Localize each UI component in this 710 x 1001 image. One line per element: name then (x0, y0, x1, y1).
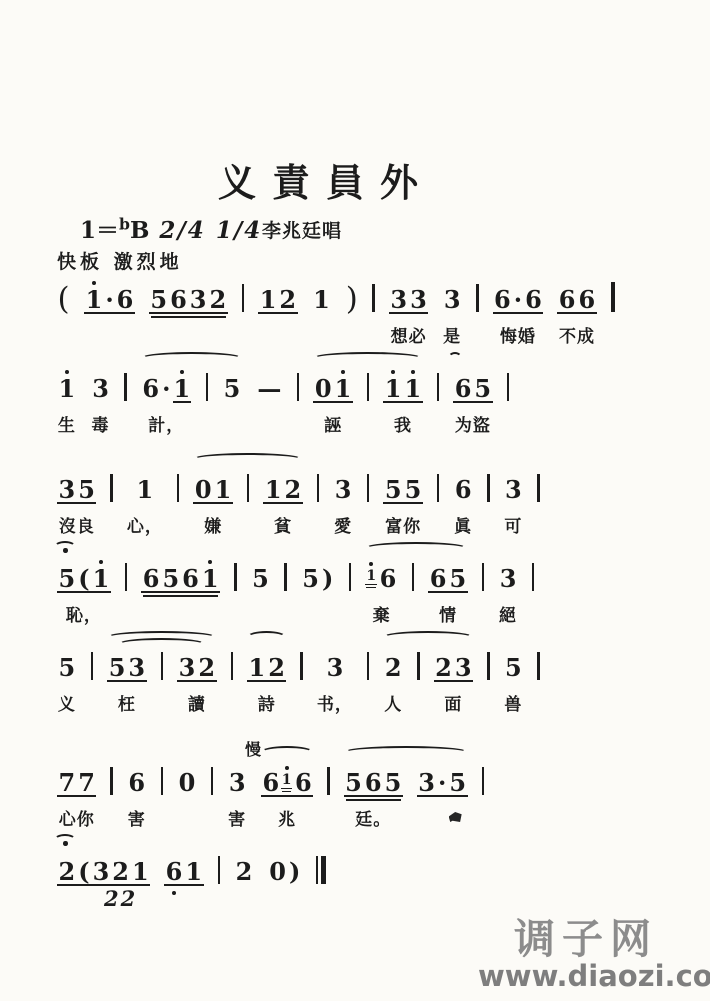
barline (367, 466, 370, 536)
note-digit: 1 (383, 377, 403, 401)
note-digit: 3 (227, 771, 247, 795)
barline (124, 365, 127, 435)
lyric-text: 不成 (559, 322, 595, 347)
note-token: 66不成 (557, 276, 596, 347)
note-digit: 1 (84, 288, 104, 312)
note-token: 5632 (149, 276, 228, 346)
note-digit: 6 (453, 377, 473, 401)
lyric-text: 害 (228, 805, 246, 830)
note-digit: 6 (293, 771, 313, 795)
lyric-text: 枉 (118, 690, 136, 715)
slur-arc (448, 352, 462, 364)
note-digit: 2 (267, 656, 287, 680)
note-digit: 3 (127, 656, 147, 680)
note-token: 5 (251, 555, 271, 625)
note-token: 16棄 (365, 555, 397, 626)
note-digit: 6 (169, 288, 189, 312)
note-digit: 0 (268, 860, 288, 884)
barline (247, 466, 250, 536)
final-barline (316, 848, 327, 918)
note-digit: · (436, 771, 447, 795)
note-digit: 6 (378, 567, 398, 591)
note-token: 6害 (127, 759, 147, 830)
note-token: 3是 (442, 276, 462, 347)
note-digit: 5 (251, 567, 271, 591)
barline (110, 466, 113, 536)
note-token: 1·6 (84, 276, 135, 346)
note-digit: 3 (91, 377, 111, 401)
note-digit: 6 (181, 567, 201, 591)
note-digit: 5 (57, 656, 77, 680)
note-token: 12 (258, 276, 297, 346)
lyric-text: 为盜 (455, 411, 491, 436)
note-digit: 3 (188, 288, 208, 312)
note-token: 0) (268, 848, 302, 918)
note-token: 1 (312, 276, 332, 346)
note-digit: 5 (473, 377, 493, 401)
note-digit: 6 (524, 288, 544, 312)
barline (110, 759, 113, 829)
sheet-music-page: 义責員外 1＝bB2/4 1/4 李兆廷唱 快板 激烈地 (1·65632121… (0, 0, 710, 1001)
lyric-text: 嫌 (204, 512, 222, 537)
note-token: 5义 (57, 644, 77, 715)
octave-dot-high (341, 370, 345, 374)
watermark: 调子网 www.diaozi.com (478, 918, 694, 991)
note-digit: 1 (184, 860, 204, 884)
note-digit: ) (287, 860, 301, 884)
lyric-text: 詩 (258, 690, 276, 715)
barline (482, 555, 485, 625)
note-digit: 5 (344, 771, 364, 795)
note-token: 12貧 (263, 466, 302, 537)
note-token: 1生 (57, 365, 77, 436)
barline (242, 276, 245, 346)
note-digit: 2 (434, 656, 454, 680)
note-digit: 2 (234, 860, 254, 884)
note-token: 33想必 (389, 276, 428, 347)
lyric-text: 絕 (499, 601, 517, 626)
note-digit: 3 (177, 656, 197, 680)
note-digit: 3 (442, 288, 462, 312)
lyric-text: 人 (384, 690, 402, 715)
lyric-text: 兆 (278, 805, 296, 830)
note-token: 11我 (383, 365, 422, 436)
slur-arc (118, 638, 205, 650)
note-token: 3·5 (417, 759, 468, 829)
lyric-text: 富你 (385, 512, 421, 537)
lyric-text: 貧 (274, 512, 292, 537)
slur-arc (313, 352, 422, 364)
note-digit: 1 (57, 377, 77, 401)
lyric-text: 讀 (188, 690, 206, 715)
note-digit: 1 (263, 478, 283, 502)
note-digit: 0 (177, 771, 197, 795)
note-token: — (256, 365, 283, 435)
note-token: 565廷。 (344, 759, 403, 830)
barline (367, 365, 370, 435)
lyric-text: 想必 (391, 322, 427, 347)
barline (372, 276, 375, 346)
note-digit: 1 (91, 567, 111, 591)
music-system: 77心你6害03害616兆慢565廷。3·5 (57, 715, 667, 830)
note-digit: — (256, 377, 283, 401)
slur-arc (383, 631, 473, 643)
music-system: 35沒良1心，01嫌12貧3愛55富你6眞3可 (57, 436, 667, 537)
octave-dot-high (411, 370, 415, 374)
barline (300, 644, 303, 714)
lyric-text: 恥， (66, 601, 102, 626)
barline (349, 555, 352, 625)
note-digit: · (104, 288, 115, 312)
barline (297, 365, 300, 435)
note-digit: 5 (504, 656, 524, 680)
watermark-site-name: 调子网 (478, 918, 694, 961)
barline (218, 848, 221, 918)
note-digit: 5 (77, 478, 97, 502)
barline (437, 365, 440, 435)
note-digit: 5 (107, 656, 127, 680)
note-digit: 5 (448, 771, 468, 795)
note-digit: 5 (222, 377, 242, 401)
note-digit: 3 (453, 656, 473, 680)
lyric-text: 棄 (373, 601, 391, 626)
barline (537, 644, 540, 714)
lyric-text: 廷。 (355, 805, 391, 830)
watermark-site-url: www.diaozi.com (478, 961, 694, 991)
lyric-text: 心你 (59, 805, 95, 830)
barline (234, 555, 237, 625)
note-token: ) (345, 276, 358, 346)
barline (206, 365, 209, 435)
note-digit: 1 (135, 478, 155, 502)
note-token: 6561 (141, 555, 220, 625)
note-token: 55富你 (383, 466, 422, 537)
note-digit: 5 (448, 567, 468, 591)
key-tonic: B (130, 217, 149, 244)
barline (231, 644, 234, 714)
piece-title: 义責員外 (218, 152, 434, 207)
note-digit: 7 (57, 771, 77, 795)
octave-dot-high (65, 370, 69, 374)
octave-dot-high (369, 562, 373, 566)
note-digit: ) (320, 567, 334, 591)
lyric-text: 心， (127, 512, 163, 537)
note-digit: 3 (91, 860, 111, 884)
note-token: 65情 (428, 555, 467, 626)
octave-dot-high (208, 560, 212, 564)
note-digit: 1 (403, 377, 423, 401)
music-system: 2(3216120) (57, 830, 667, 918)
score: (1·65632121)33想必3是6·6悔婚66不成1生3毒6·1計，5—01… (57, 258, 667, 918)
barline (367, 644, 370, 714)
note-token: 01嫌 (193, 466, 232, 537)
barline (476, 276, 479, 346)
note-digit: 6 (577, 288, 597, 312)
note-digit: 6 (141, 567, 161, 591)
note-digit: 6 (453, 478, 473, 502)
grace-note: 1 (281, 773, 293, 787)
note-token: 3愛 (333, 466, 353, 537)
slur-arc (247, 631, 286, 643)
note-digit: 3 (417, 771, 437, 795)
note-digit: ) (345, 284, 358, 315)
note-token: 6眞 (453, 466, 473, 537)
note-token: 23面 (434, 644, 473, 715)
note-digit: 2 (208, 288, 228, 312)
barline (437, 466, 440, 536)
note-digit: 6 (261, 771, 281, 795)
octave-dot-high (99, 560, 103, 564)
barline (91, 644, 94, 714)
note-token: 3书， (317, 644, 353, 715)
note-digit: 0 (193, 478, 213, 502)
note-token: 6·6悔婚 (493, 276, 544, 347)
note-token: 01誣 (313, 365, 352, 436)
lyric-text: 面 (444, 690, 462, 715)
note-token: 12詩 (247, 644, 286, 715)
key-prefix: 1＝ (80, 217, 119, 244)
lyric-text: 情 (439, 601, 457, 626)
slur-arc (365, 542, 467, 554)
key-signature: 1＝bB2/4 1/4 (80, 212, 262, 245)
note-token: 5兽 (504, 644, 524, 715)
note-digit: 6 (141, 377, 161, 401)
note-digit: · (512, 288, 523, 312)
note-digit: 3 (389, 288, 409, 312)
note-digit: 6 (493, 288, 513, 312)
note-token: 77心你 (57, 759, 96, 830)
note-token: 5) (301, 555, 335, 625)
note-digit: 0 (313, 377, 333, 401)
barline (482, 759, 485, 829)
note-digit: 5 (301, 567, 321, 591)
note-digit: 3 (409, 288, 429, 312)
note-digit: 3 (325, 656, 345, 680)
note-digit: 2 (197, 656, 217, 680)
note-digit: 1 (258, 288, 278, 312)
lyric-text: 誣 (324, 411, 342, 436)
flat-sign: b (119, 214, 130, 233)
note-token: 2 (234, 848, 254, 918)
note-token: 3害 (227, 759, 247, 830)
lyric-text: 毒 (92, 411, 110, 436)
music-system: 1生3毒6·1計，5—01誣11我65为盜 (57, 347, 667, 436)
music-system: (1·65632121)33想必3是6·6悔婚66不成 (57, 258, 667, 347)
note-token: 5(1恥， (57, 555, 111, 626)
barline (417, 644, 420, 714)
octave-dot-high (180, 370, 184, 374)
slur-arc (344, 746, 468, 758)
note-digit: ( (57, 284, 70, 315)
note-token: 6·1計， (141, 365, 192, 436)
note-token: 616兆慢 (261, 759, 313, 830)
note-token: 32讀 (177, 644, 216, 715)
barline (327, 759, 330, 829)
note-digit: 2 (383, 656, 403, 680)
page-number: 22 (104, 886, 137, 911)
barline (412, 555, 415, 625)
note-digit: 5 (161, 567, 181, 591)
note-digit: 2 (278, 288, 298, 312)
lyric-text: 眞 (454, 512, 472, 537)
note-token: 61 (164, 848, 203, 918)
note-token: 1心， (127, 466, 163, 537)
lyric-text: 生 (58, 411, 76, 436)
lyric-text: 义 (58, 690, 76, 715)
note-digit: 5 (383, 478, 403, 502)
note-digit: 5 (57, 567, 77, 591)
note-digit: 2 (57, 860, 77, 884)
manicule-icon (449, 812, 462, 822)
fermata-dot (63, 841, 68, 846)
note-digit: 1 (172, 377, 192, 401)
music-system: 5(1恥，656155)16棄65情3絕 (57, 537, 667, 626)
note-token: 3可 (504, 466, 524, 537)
lyric-text: 我 (394, 411, 412, 436)
note-digit: 6 (164, 860, 184, 884)
note-token: 35沒良 (57, 466, 96, 537)
lyric-text: 是 (443, 322, 461, 347)
note-digit: · (161, 377, 172, 401)
note-digit: 1 (213, 478, 233, 502)
note-digit: 3 (57, 478, 77, 502)
note-token: 5 (222, 365, 242, 435)
lyric-text (423, 805, 462, 829)
note-digit: 5 (403, 478, 423, 502)
barline (487, 644, 490, 714)
barline (177, 466, 180, 536)
lyric-text: 兽 (504, 690, 522, 715)
note-digit: 6 (363, 771, 383, 795)
barline (125, 555, 128, 625)
barline (211, 759, 214, 829)
note-digit: 1 (312, 288, 332, 312)
note-digit: 5 (383, 771, 403, 795)
note-token: 3絕 (498, 555, 518, 626)
note-digit: ( (77, 567, 91, 591)
note-digit: 5 (149, 288, 169, 312)
singer-credit: 李兆廷唱 (262, 216, 342, 243)
slur-arc (261, 746, 313, 758)
note-digit: 3 (498, 567, 518, 591)
lyric-text: 愛 (334, 512, 352, 537)
note-token: 2人 (383, 644, 403, 715)
lyric-text: 害 (128, 805, 146, 830)
note-token: ( (57, 276, 70, 346)
note-token: 3毒 (91, 365, 111, 436)
note-token: 53枉 (107, 644, 146, 715)
note-digit: 2 (283, 478, 303, 502)
note-digit: 6 (127, 771, 147, 795)
note-digit: 6 (115, 288, 135, 312)
octave-dot-low (172, 891, 176, 895)
slur-arc (141, 352, 242, 364)
barline (487, 466, 490, 536)
slur-arc (193, 453, 302, 465)
lyric-text: 书， (317, 690, 353, 715)
meter-signature: 2/4 1/4 (159, 217, 262, 244)
note-digit: 7 (77, 771, 97, 795)
octave-dot-high (92, 281, 96, 285)
barline (284, 555, 287, 625)
lyric-text: 計， (148, 411, 184, 436)
barline (532, 555, 535, 625)
barline (161, 759, 164, 829)
lyric-text: 可 (504, 512, 522, 537)
fermata-dot (63, 548, 68, 553)
lyric-text: 沒良 (59, 512, 95, 537)
octave-dot-high (285, 766, 289, 770)
barline (611, 276, 616, 346)
note-digit: 3 (333, 478, 353, 502)
note-digit: 1 (130, 860, 150, 884)
note-token: 0 (177, 759, 197, 829)
note-digit: 6 (557, 288, 577, 312)
barline (507, 365, 510, 435)
lyric-text: 悔婚 (500, 322, 536, 347)
note-digit: 1 (247, 656, 267, 680)
grace-note: 1 (365, 569, 377, 583)
barline (161, 644, 164, 714)
barline (537, 466, 540, 536)
note-digit: 2 (111, 860, 131, 884)
tempo-change-mark: 慢 (245, 737, 261, 760)
note-digit: ( (77, 860, 91, 884)
note-digit: 1 (200, 567, 220, 591)
octave-dot-high (391, 370, 395, 374)
music-system: 5义53枉32讀12詩3书，2人23面5兽 (57, 626, 667, 715)
note-digit: 3 (504, 478, 524, 502)
note-digit: 6 (428, 567, 448, 591)
note-token: 65为盜 (453, 365, 492, 436)
barline (317, 466, 320, 536)
note-digit: 1 (333, 377, 353, 401)
